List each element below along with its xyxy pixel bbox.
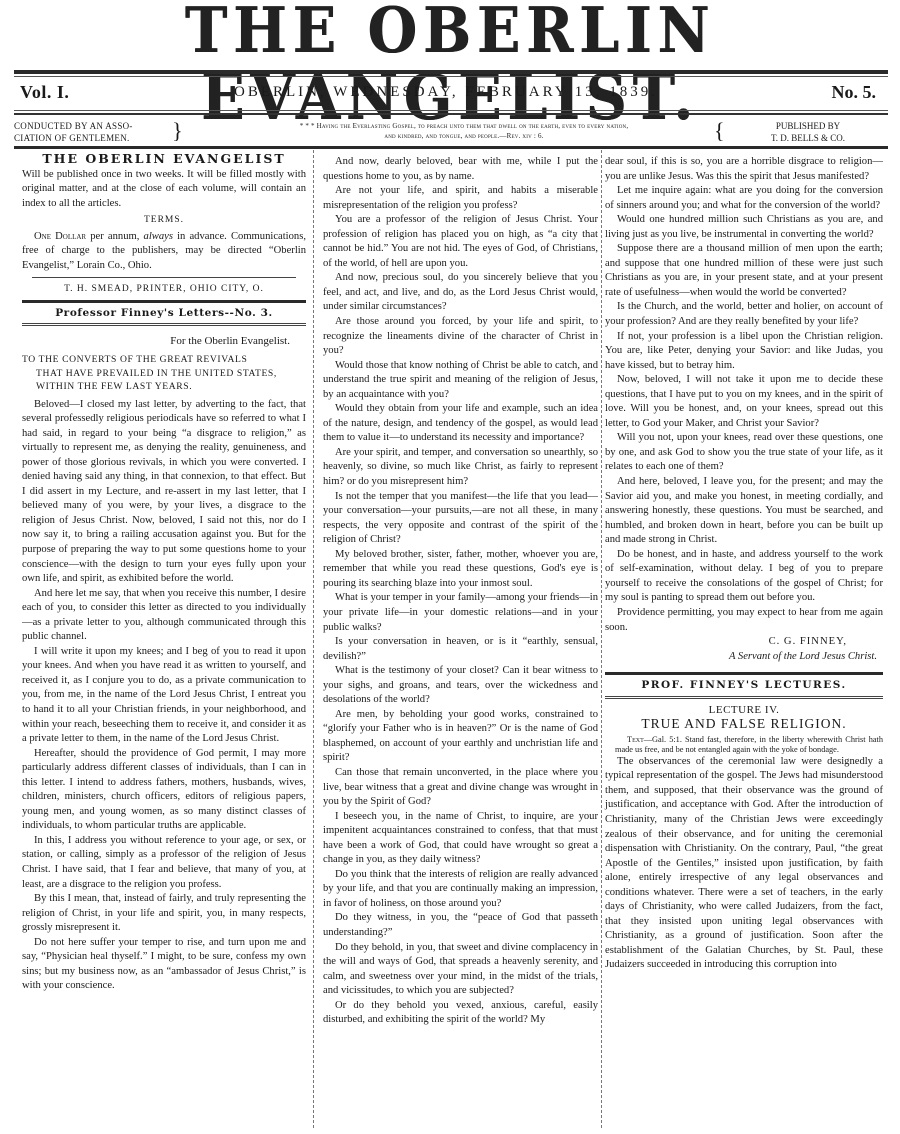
- letter-paragraph: Would they obtain from your life and exa…: [323, 402, 598, 446]
- letter-paragraph: Hereafter, should the providence of God …: [22, 747, 306, 834]
- motto-line-1: * * * Having the Everlasting Gospel, to …: [204, 121, 724, 131]
- volume-label: Vol. I.: [20, 82, 69, 103]
- letter-paragraph: Is not the temper that you manifest—the …: [323, 490, 598, 548]
- address-line-1: TO THE CONVERTS OF THE GREAT REVIVALS: [22, 353, 306, 367]
- letter-paragraph: Would one hundred million such Christian…: [605, 213, 883, 242]
- letter-paragraph: Is the Church, and the world, better and…: [605, 300, 883, 329]
- letter-paragraph: What is the testimony of your closet? Ca…: [323, 664, 598, 708]
- address-line-3: WITHIN THE FEW LAST YEARS.: [22, 380, 306, 394]
- letter-paragraph: You are a professor of the religion of J…: [323, 213, 598, 271]
- terms-price: One Dollar: [34, 231, 86, 242]
- letter-paragraph: Do you think that the interests of relig…: [323, 868, 598, 912]
- letter-paragraph: Can those that remain unconverted, in th…: [323, 766, 598, 810]
- masthead-rule-thin: [14, 76, 888, 77]
- dateline-rule: [14, 110, 888, 111]
- letter-paragraph: By this I mean, that, instead of fairly,…: [22, 892, 306, 936]
- lecture-paragraph: The observances of the ceremonial law we…: [605, 755, 883, 973]
- brace-icon: }: [172, 120, 183, 142]
- letter-paragraph: What is your temper in your family—among…: [323, 591, 598, 635]
- notice-title: THE OBERLIN EVANGELIST: [22, 152, 306, 167]
- subhead: CONDUCTED BY AN ASSO- CIATION OF GENTLEM…: [14, 118, 888, 146]
- letter-paragraph: Do not here suffer your temper to rise, …: [22, 936, 306, 994]
- letter-paragraph: dear soul, if this is so, you are a horr…: [605, 155, 883, 184]
- place-date: OBERLIN, WEDNESDAY, FEBRUARY 13, 1839.: [234, 84, 658, 101]
- conducted-by: CONDUCTED BY AN ASSO- CIATION OF GENTLEM…: [14, 120, 179, 144]
- letters-section-heading: Professor Finney's Letters--No. 3.: [22, 306, 306, 321]
- terms-heading: TERMS.: [22, 213, 306, 228]
- letter-paragraph: Are men, by beholding your good works, c…: [323, 708, 598, 766]
- masthead-rule: [14, 70, 888, 74]
- header-bottom-rule: [14, 146, 888, 149]
- issue-number: No. 5.: [832, 82, 877, 103]
- letter-paragraph: Will you not, upon your knees, read over…: [605, 431, 883, 475]
- conducted-by-line-1: CONDUCTED BY AN ASSO-: [14, 120, 179, 132]
- column-divider: [601, 150, 602, 1128]
- letter-paragraph: Are not your life, and spirit, and habit…: [323, 184, 598, 213]
- notice-body: Will be published once in two weeks. It …: [22, 168, 306, 212]
- signature-name: C. G. FINNEY,: [605, 635, 883, 650]
- published-by-line-1: PUBLISHED BY: [738, 120, 878, 132]
- masthead: THE OBERLIN EVANGELIST.: [0, 0, 900, 62]
- lecture-number: LECTURE IV.: [605, 703, 883, 718]
- divider: [22, 323, 306, 324]
- lectures-section-heading: PROF. FINNEY'S LECTURES.: [605, 678, 883, 693]
- divider: [22, 325, 306, 326]
- letter-paragraph: Or do they behold you vexed, anxious, ca…: [323, 999, 598, 1028]
- terms-body: One Dollar per annum, always in advance.…: [22, 230, 306, 274]
- letter-paragraph: And here let me say, that when you recei…: [22, 587, 306, 645]
- motto: * * * Having the Everlasting Gospel, to …: [204, 121, 724, 141]
- divider: [32, 277, 296, 278]
- divider: [605, 698, 883, 699]
- text-label: Text: [627, 735, 644, 744]
- letter-paragraph: Let me inquire again: what are you doing…: [605, 184, 883, 213]
- letter-paragraph: Beloved—I closed my last letter, by adve…: [22, 398, 306, 587]
- column-1: THE OBERLIN EVANGELIST Will be published…: [22, 150, 306, 994]
- letter-paragraph: In this, I address you without reference…: [22, 834, 306, 892]
- column-divider: [313, 150, 314, 1128]
- letter-paragraph: I will write it upon my knees; and I beg…: [22, 645, 306, 747]
- letter-paragraph: Are your spirit, and temper, and convers…: [323, 446, 598, 490]
- published-by-line-2: T. D. BELLS & CO.: [738, 132, 878, 144]
- letter-paragraph: Would those that know nothing of Christ …: [323, 359, 598, 403]
- letter-paragraph: And here, beloved, I leave you, for the …: [605, 475, 883, 548]
- for-line: For the Oberlin Evangelist.: [22, 334, 306, 349]
- lecture-title: TRUE AND FALSE RELIGION.: [605, 717, 883, 732]
- letter-paragraph: Providence permitting, you may expect to…: [605, 606, 883, 635]
- letter-paragraph: And now, precious soul, do you sincerely…: [323, 271, 598, 315]
- letter-paragraph: My beloved brother, sister, father, moth…: [323, 548, 598, 592]
- letter-paragraph: Are those around you forced, by your lif…: [323, 315, 598, 359]
- letter-paragraph: Do they behold, in you, that sweet and d…: [323, 941, 598, 999]
- conducted-by-line-2: CIATION OF GENTLEMEN.: [14, 132, 179, 144]
- newspaper-title: THE OBERLIN EVANGELIST.: [9, 0, 891, 131]
- address-line-2: THAT HAVE PREVAILED IN THE UNITED STATES…: [22, 367, 306, 381]
- letter-paragraph: Do be honest, and in haste, and address …: [605, 548, 883, 606]
- published-by: { PUBLISHED BY T. D. BELLS & CO.: [738, 120, 878, 144]
- letter-paragraph: Now, beloved, I will not take it upon me…: [605, 373, 883, 431]
- letter-address: TO THE CONVERTS OF THE GREAT REVIVALS TH…: [22, 353, 306, 394]
- scripture-text: Text—Gal. 5:1. Stand fast, therefore, in…: [605, 735, 883, 755]
- motto-line-2: and kindred, and tongue, and people.—Rev…: [204, 131, 724, 141]
- signature-role: A Servant of the Lord Jesus Christ.: [605, 650, 883, 665]
- terms-emphasis: always: [144, 231, 173, 242]
- dateline: Vol. I. OBERLIN, WEDNESDAY, FEBRUARY 13,…: [14, 80, 888, 104]
- letter-paragraph: And now, dearly beloved, bear with me, w…: [323, 155, 598, 184]
- letter-paragraph: Do they witness, in you, the “peace of G…: [323, 911, 598, 940]
- letter-paragraph: If not, your profession is a libel upon …: [605, 330, 883, 374]
- divider-thick: [22, 300, 306, 303]
- printer-line: T. H. SMEAD, PRINTER, OHIO CITY, O.: [22, 282, 306, 297]
- column-2: And now, dearly beloved, bear with me, w…: [323, 155, 598, 1028]
- column-3: dear soul, if this is so, you are a horr…: [605, 155, 883, 973]
- terms-text: per annum,: [86, 231, 143, 242]
- letter-paragraph: Suppose there are a thousand million of …: [605, 242, 883, 300]
- letter-paragraph: I beseech you, in the name of Christ, to…: [323, 810, 598, 868]
- brace-icon: {: [714, 120, 725, 142]
- divider: [605, 696, 883, 697]
- dateline-rule-double: [14, 113, 888, 115]
- letter-paragraph: Is your conversation in heaven, or is it…: [323, 635, 598, 664]
- divider-thick: [605, 672, 883, 675]
- text-reference: —Gal. 5:1. Stand fast, therefore, in the…: [615, 735, 883, 754]
